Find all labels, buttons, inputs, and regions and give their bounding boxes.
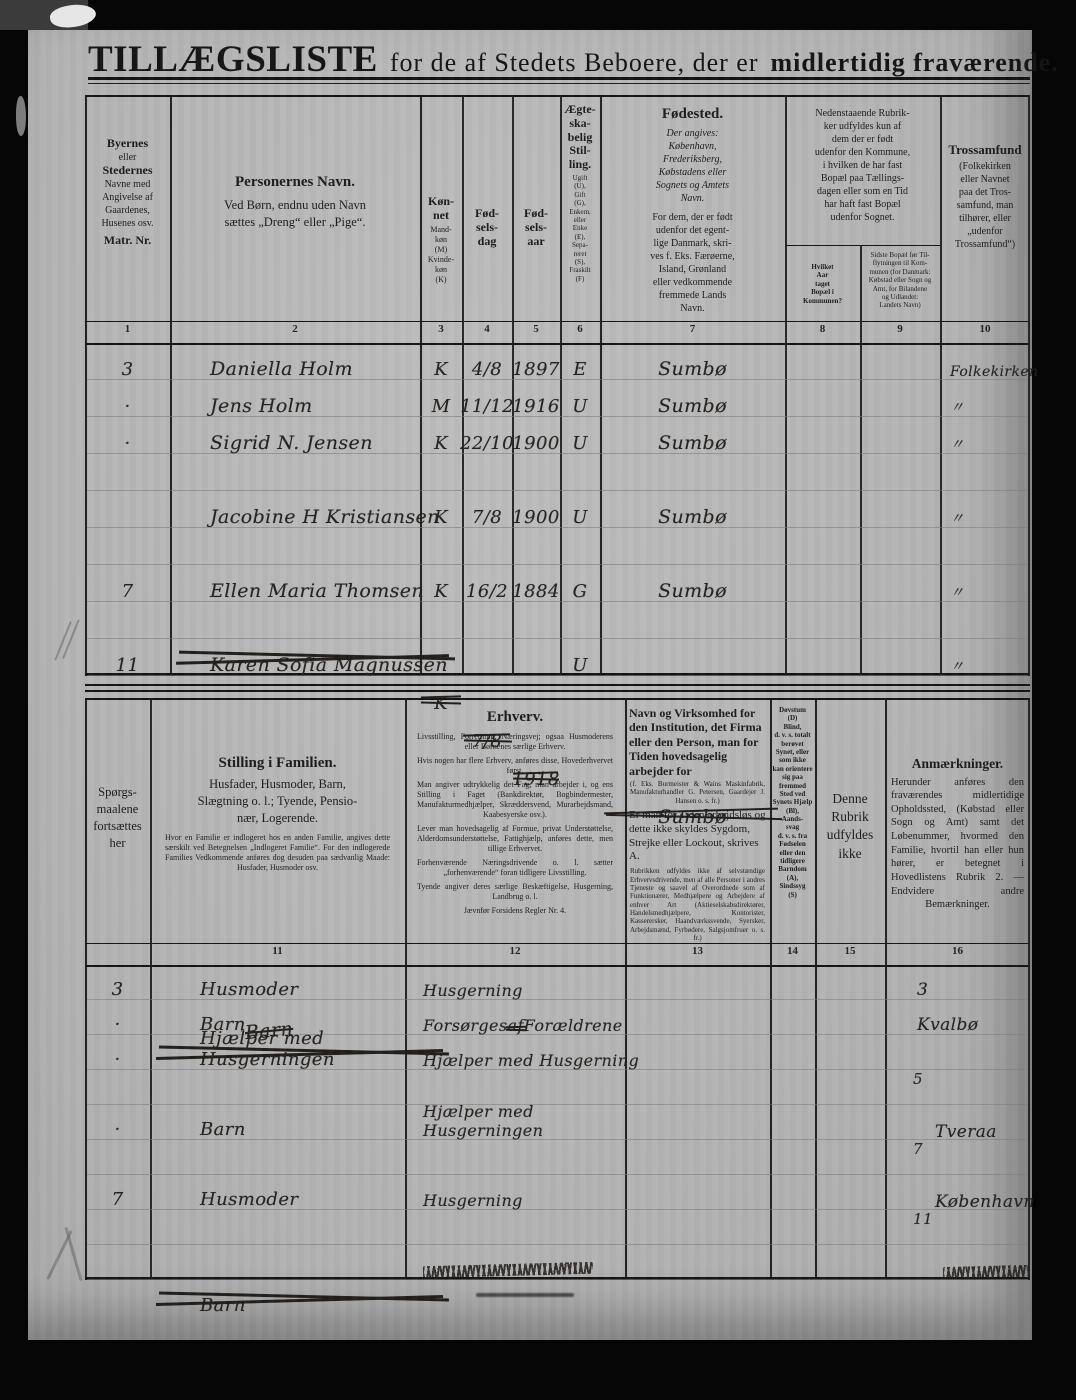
handwritten-entry-name: Jacobine H Kristiansen (170, 491, 460, 529)
handwritten-entry-name: Jens Holm (170, 380, 460, 418)
header-text: Man angiver udtrykkelig det Fag, man arb… (417, 780, 613, 820)
scan-edge-artifact (16, 96, 26, 136)
handwritten-entry-faith: Folkekirken (940, 343, 1040, 381)
column-number: 11 (150, 945, 405, 957)
column-number: 6 (560, 323, 600, 335)
header-col-year-moved: Hvilket Aar taget Bopæl i Kommunen? (785, 263, 860, 305)
header-text: Trossamfund (940, 143, 1030, 158)
header-col-name: Personernes Navn. Ved Børn, endnu uden N… (170, 173, 420, 231)
handwritten-entry-name: Ellen Maria Thomsen (170, 565, 460, 603)
handwritten-entry-status: U (560, 417, 600, 455)
header-text: Hvis nogen har flere Erhverv, anføres di… (417, 756, 613, 776)
handwritten-entry-matr: 3 (85, 343, 170, 381)
column-number: 4 (462, 323, 512, 335)
handwritten-entry-birthyear: 1900 (512, 491, 560, 529)
handwritten-entry-sex: K (420, 343, 462, 381)
header-col-moved-group: Nedenstaaende Rubrik- ker udfyldes kun a… (785, 107, 940, 224)
header-text: Byernes (85, 137, 170, 151)
header-text: Erhverv. (405, 708, 625, 726)
header-text: Fød- sels- dag (462, 207, 512, 248)
header-text: Køn- net (420, 195, 462, 223)
handwritten-entry-birthyear: 1897 (512, 343, 560, 381)
handwritten-entry-name: Daniella Holm (170, 343, 460, 381)
header-text: Lever man hovedsagelig af Formue, privat… (417, 824, 613, 854)
header-lead-note: Spørgs- maalene fortsættes her (85, 784, 150, 852)
header-col-employer: Navn og Virksomhed for den Institution, … (625, 706, 770, 943)
header-col-remarks: Anmærkninger. Herunder anføres den fravæ… (885, 756, 1030, 912)
header-col-disability: Døvstum (D) Blind, d. v. s. totalt berøv… (770, 706, 815, 899)
header-text: For dem, der er født udenfor det egent- … (600, 211, 785, 315)
column-number: 2 (170, 323, 420, 335)
header-text: Stilling i Familien. (150, 754, 405, 772)
handwritten-entry-birthyear: 1916 (512, 380, 560, 418)
header-text: Hvilket Aar taget Bopæl i Kommunen? (785, 263, 860, 305)
header-text: Rubrikken udfyldes ikke af selvstændige … (630, 867, 765, 943)
column-border (815, 698, 817, 1280)
header-text: Hvor en Familie er indlogeret hos en and… (165, 833, 390, 873)
handwritten-entry-status: E (560, 343, 600, 381)
header-col-unused: Denne Rubrik udfyldes ikke (815, 790, 885, 863)
header-text: Er man for Tiden arbejdsløs og dette ikk… (625, 809, 770, 864)
handwritten-entry-name: Sigrid N. Jensen (170, 417, 460, 455)
header-text: Livsstilling, Forretning, Næringsvej; og… (417, 732, 613, 752)
column-number: 9 (860, 323, 940, 335)
table-border-top (85, 698, 1030, 700)
header-text: Navn og Virksomhed for den Institution, … (625, 706, 770, 778)
section-divider-rule-1 (85, 684, 1030, 686)
header-col-faith: Trossamfund (Folkekirken eller Navnet pa… (940, 143, 1030, 251)
census-form-page: TILLÆGSLISTE for de af Stedets Beboere, … (28, 30, 1032, 1340)
remark-number: 5 (913, 1072, 923, 1087)
handwritten-entry-matr: · (85, 417, 170, 455)
column-number: 8 (785, 323, 860, 335)
title-rule-thick (88, 77, 1030, 80)
header-text: Stedernes (85, 164, 170, 178)
pencil-mark (64, 1227, 82, 1282)
handwritten-entry-faith: 〃 (940, 639, 1040, 677)
struck-illegible-entry (423, 1262, 593, 1278)
column-number: 3 (420, 323, 462, 335)
header-text: Ægte- ska- belig Stil- ling. (560, 103, 600, 172)
subheader-divider (785, 245, 940, 246)
handwritten-entry-birthplace: Sumbø (600, 491, 785, 529)
header-col-family-position: Stilling i Familien. Husfader, Husmoder,… (150, 754, 405, 873)
header-text: Denne Rubrik udfyldes ikke (815, 790, 885, 863)
header-number-rule (85, 943, 1030, 944)
header-text: Personernes Navn. (170, 173, 420, 191)
handwritten-entry-status: U (560, 491, 600, 529)
handwritten-entry-position: Barn (150, 1281, 455, 1317)
column-number: 15 (815, 945, 885, 957)
header-text: Døvstum (D) Blind, d. v. s. totalt berøv… (770, 706, 815, 899)
header-text: Navne med Angivelse af Gaardenes, Husene… (85, 178, 170, 230)
remark-number: 11 (913, 1212, 933, 1227)
handwritten-entry-occupation: Husgerning (405, 1175, 643, 1211)
handwritten-entry-status: G (560, 565, 600, 603)
table-lower: Spørgs- maalene fortsættes her Stilling … (85, 698, 1030, 1280)
handwritten-entry-occupation: Hjælper med Husgerningen (405, 1105, 643, 1141)
handwritten-entry-matr: 7 (85, 565, 170, 603)
handwritten-entry-sex: K (420, 565, 462, 603)
handwritten-entry-birthplace: Sumbø (600, 380, 785, 418)
printer-imprint (476, 1293, 574, 1297)
table-border-top (85, 95, 1030, 97)
header-col-place: Byernes eller Stedernes Navne med Angive… (85, 137, 170, 247)
handwritten-entry-occupation: Hjælper med Husgerning (405, 1035, 643, 1071)
header-text: Mand- køn (M) Kvinde- køn (K) (420, 225, 462, 285)
header-text: Sidste Bopæl før Til- flytningen til Kom… (860, 251, 940, 310)
header-text: Der angives: København, Frederiksberg, K… (600, 127, 785, 205)
handwritten-entry-name: Karen Sofia Magnussen (170, 639, 460, 677)
handwritten-entry-sex: K (420, 491, 462, 529)
handwritten-entry-remarks: 5Tveraa (885, 1070, 1058, 1144)
column-border (770, 698, 772, 1280)
header-text: eller (85, 151, 170, 164)
handwritten-entry-matr: · (85, 1035, 150, 1071)
handwritten-entry-faith: 〃 (940, 565, 1040, 603)
column-number: 12 (405, 945, 625, 957)
handwritten-entry-birthplace: Sumbø (600, 417, 785, 455)
handwritten-entry-matr: · (85, 1105, 150, 1141)
handwritten-entry-faith: 〃 (940, 380, 1040, 418)
header-text: Forhenværende Næringsdrivende o. l. sætt… (417, 858, 613, 878)
title-mid: for de af Stedets Beboere, der er (390, 48, 759, 78)
header-text: Spørgs- maalene fortsættes her (85, 784, 150, 852)
page-title: TILLÆGSLISTE for de af Stedets Beboere, … (88, 38, 1018, 81)
header-text: (Folkekirken eller Navnet paa det Tros- … (940, 160, 1030, 251)
handwritten-entry-birthday: 22/10 (462, 417, 512, 455)
handwritten-entry-matr: 7 (85, 1175, 150, 1211)
header-col-birthplace: Fødested. Der angives: København, Freder… (600, 105, 785, 315)
handwritten-entry-birthyear: 1900 (512, 417, 560, 455)
column-number: 5 (512, 323, 560, 335)
header-text: Tyende angiver deres særlige Beskæftigel… (417, 882, 613, 902)
table-upper: Byernes eller Stedernes Navne med Angive… (85, 95, 1030, 676)
overwritten-correction: Barn (244, 1018, 294, 1044)
handwritten-entry-remarks: 3 (885, 965, 1062, 1001)
handwritten-entry-remarks: 7København (885, 1140, 1058, 1214)
handwritten-entry-remarks: 11 (885, 1210, 1058, 1284)
column-border (860, 245, 862, 676)
handwritten-entry-birthday: 7/8 (462, 491, 512, 529)
title-rule-thin (88, 83, 1030, 84)
header-text: Husfader, Husmoder, Barn, Slægtning o. l… (150, 776, 405, 827)
handwritten-entry-matr: 11 (85, 639, 170, 677)
header-text: Fødested. (600, 105, 785, 123)
title-tail: midlertidig fraværende. (771, 48, 1059, 78)
handwritten-entry-faith: 〃 (940, 417, 1040, 455)
handwritten-entry-matr: 3 (85, 965, 150, 1001)
title-word: TILLÆGSLISTE (88, 38, 378, 81)
column-number: 1 (85, 323, 170, 335)
handwritten-entry-birthday: 16/2 (462, 565, 512, 603)
header-col-birthday: Fød- sels- dag (462, 207, 512, 248)
handwritten-entry-sex: M (420, 380, 462, 418)
column-number: 10 (940, 323, 1030, 335)
handwritten-entry-birthday: 11/12 (462, 380, 512, 418)
scanned-census-page: { "title": { "word": "TILLÆGSLISTE", "mi… (0, 0, 1076, 1400)
handwritten-entry-matr: · (85, 1000, 150, 1036)
header-col-occupation: Erhverv. Livsstilling, Forretning, Nærin… (405, 708, 625, 916)
header-text: Ugift (U), Gift (G), Enkem. eller Enke (… (560, 174, 600, 283)
handwritten-entry-faith: 〃 (940, 491, 1040, 529)
column-number: 14 (770, 945, 815, 957)
header-col-last-residence: Sidste Bopæl før Til- flytningen til Kom… (860, 251, 940, 310)
column-number: 13 (625, 945, 770, 957)
handwritten-entry-occupation: Husgerning (405, 965, 643, 1001)
header-col-birthyear: Fød- sels- aar (512, 207, 560, 248)
header-text: Herunder anføres den fraværendes midlert… (891, 776, 1024, 912)
column-number: 7 (600, 323, 785, 335)
handwritten-entry-status: U (560, 639, 600, 677)
handwritten-entry-birthday: 4/8 (462, 343, 512, 381)
handwritten-entry-birthplace: Sumbø (600, 343, 785, 381)
header-text: Matr. Nr. (85, 234, 170, 248)
handwritten-entry-matr: · (85, 380, 170, 418)
struck-illegible-entry (943, 1265, 1028, 1279)
handwritten-entry-birthyear: 1884 (512, 565, 560, 603)
header-col-sex: Køn- net Mand- køn (M) Kvinde- køn (K) (420, 195, 462, 285)
header-text: Nedenstaaende Rubrik- ker udfyldes kun a… (785, 107, 940, 224)
header-text: Ved Børn, endnu uden Navn sættes „Dreng“… (170, 197, 420, 231)
header-text: (f. Eks. Burmeister & Wains Maskinfabrik… (630, 780, 765, 805)
column-border (785, 95, 787, 676)
header-text: Fød- sels- aar (512, 207, 560, 248)
handwritten-entry-sex: K (420, 417, 462, 455)
header-col-marital: Ægte- ska- belig Stil- ling. Ugift (U), … (560, 103, 600, 283)
handwritten-entry-occupation (405, 1245, 643, 1281)
remark-number: 7 (913, 1142, 923, 1157)
section-divider-rule-2 (85, 690, 1030, 692)
header-number-rule (85, 321, 1030, 322)
handwritten-entry-status: U (560, 380, 600, 418)
header-text: Anmærkninger. (885, 756, 1030, 772)
handwritten-entry-birthplace: Sumbø (600, 565, 785, 603)
column-number: 16 (885, 945, 1030, 957)
header-text: Jævnfør Forsidens Regler Nr. 4. (405, 906, 625, 916)
handwritten-entry-remarks: Kvalbø (885, 1000, 1062, 1036)
